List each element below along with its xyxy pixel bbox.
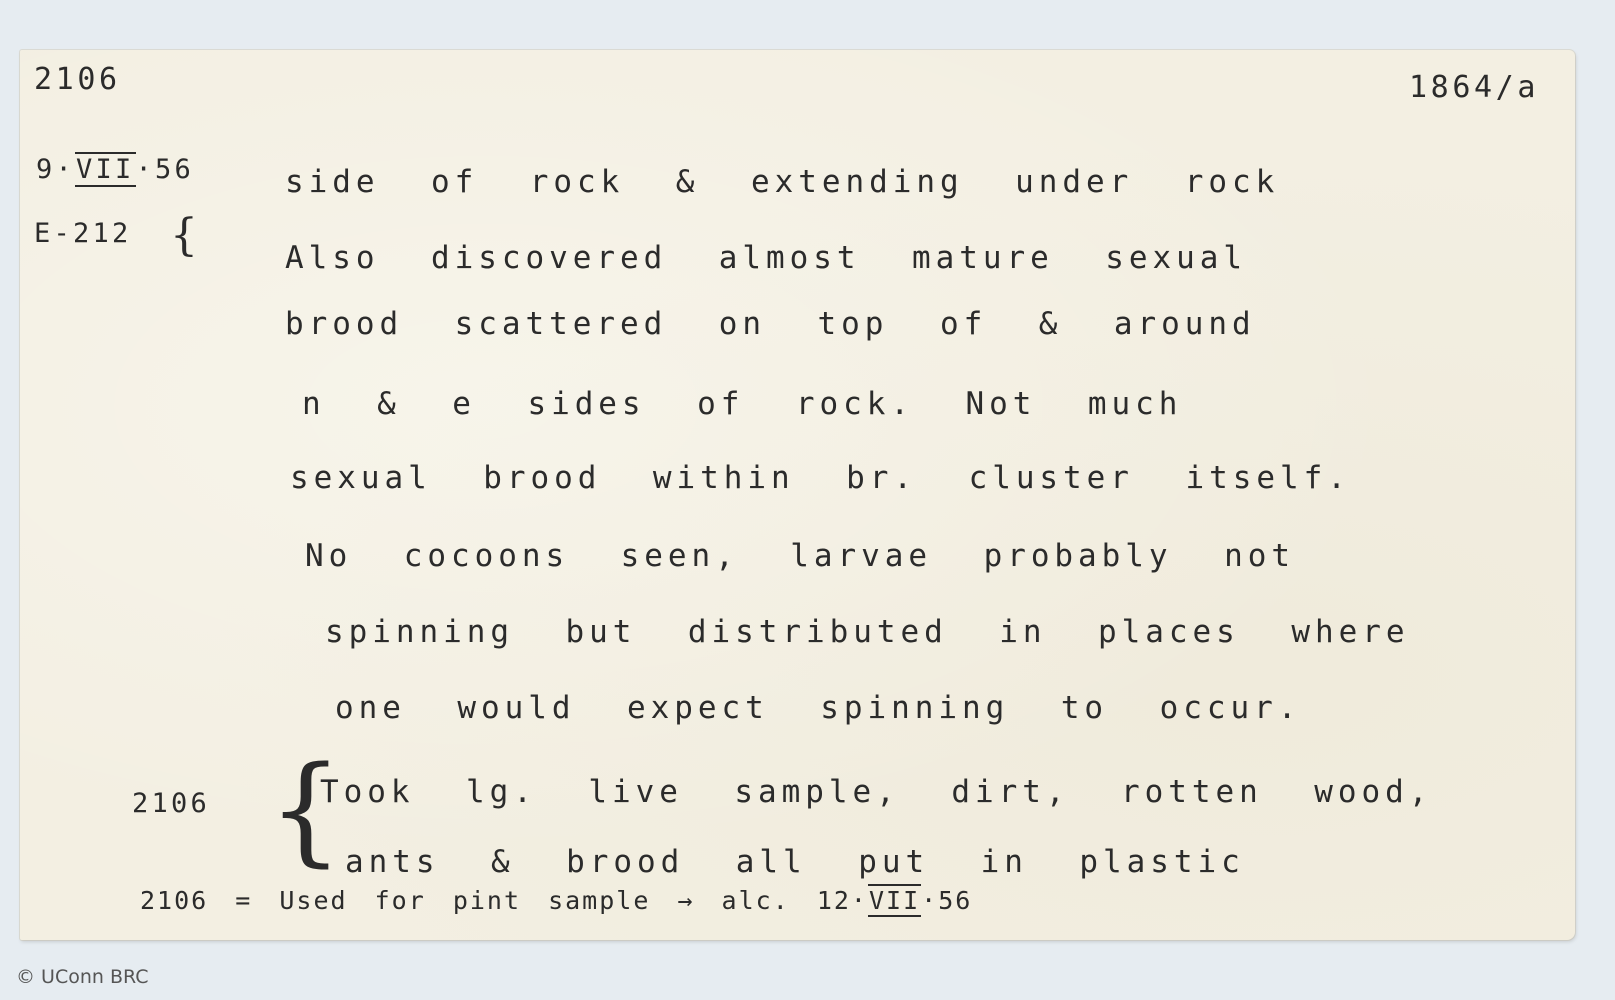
catalog-number: 2106 [34,62,121,97]
footer-date-day: 12 [817,886,851,915]
specimen-number: 1864/a [1409,70,1539,105]
copyright-notice: © UConn BRC [16,966,149,988]
note-line-2: Also discovered almost mature sexual [285,240,1247,276]
footer-date-year: 56 [938,886,972,915]
note-line-8: one would expect spinning to occur. [335,690,1301,726]
date-year: 56 [155,154,194,185]
sample-label: 2106 [132,788,210,819]
note-line-1: side of rock & extending under rock [285,164,1279,200]
left-brace-icon: { [170,210,198,261]
field-note-card: 2106 1864/a 9·VII·56 E-212 { side of roc… [20,50,1575,940]
footer-note: 2106 = Used for pint sample → alc. 12·VI… [140,886,972,915]
sample-line-2: ants & brood all put in plastic [345,844,1245,880]
collection-date: 9·VII·56 [36,154,194,185]
note-line-3: brood scattered on top of & around [285,306,1256,342]
sample-line-1: Took lg. live sample, dirt, rotten wood, [320,774,1432,810]
footer-prefix: 2106 = Used for pint sample → alc. [140,886,790,915]
date-day: 9 [36,154,56,185]
note-line-5: sexual brood within br. cluster itself. [290,460,1351,496]
note-line-4: n & e sides of rock. Not much [302,386,1182,422]
note-line-7: spinning but distributed in places where [325,614,1409,650]
date-month: VII [75,152,136,187]
footer-date-month: VII [868,884,921,917]
note-line-6: No cocoons seen, larvae probably not [305,538,1295,574]
station-code: E-212 [34,218,131,249]
